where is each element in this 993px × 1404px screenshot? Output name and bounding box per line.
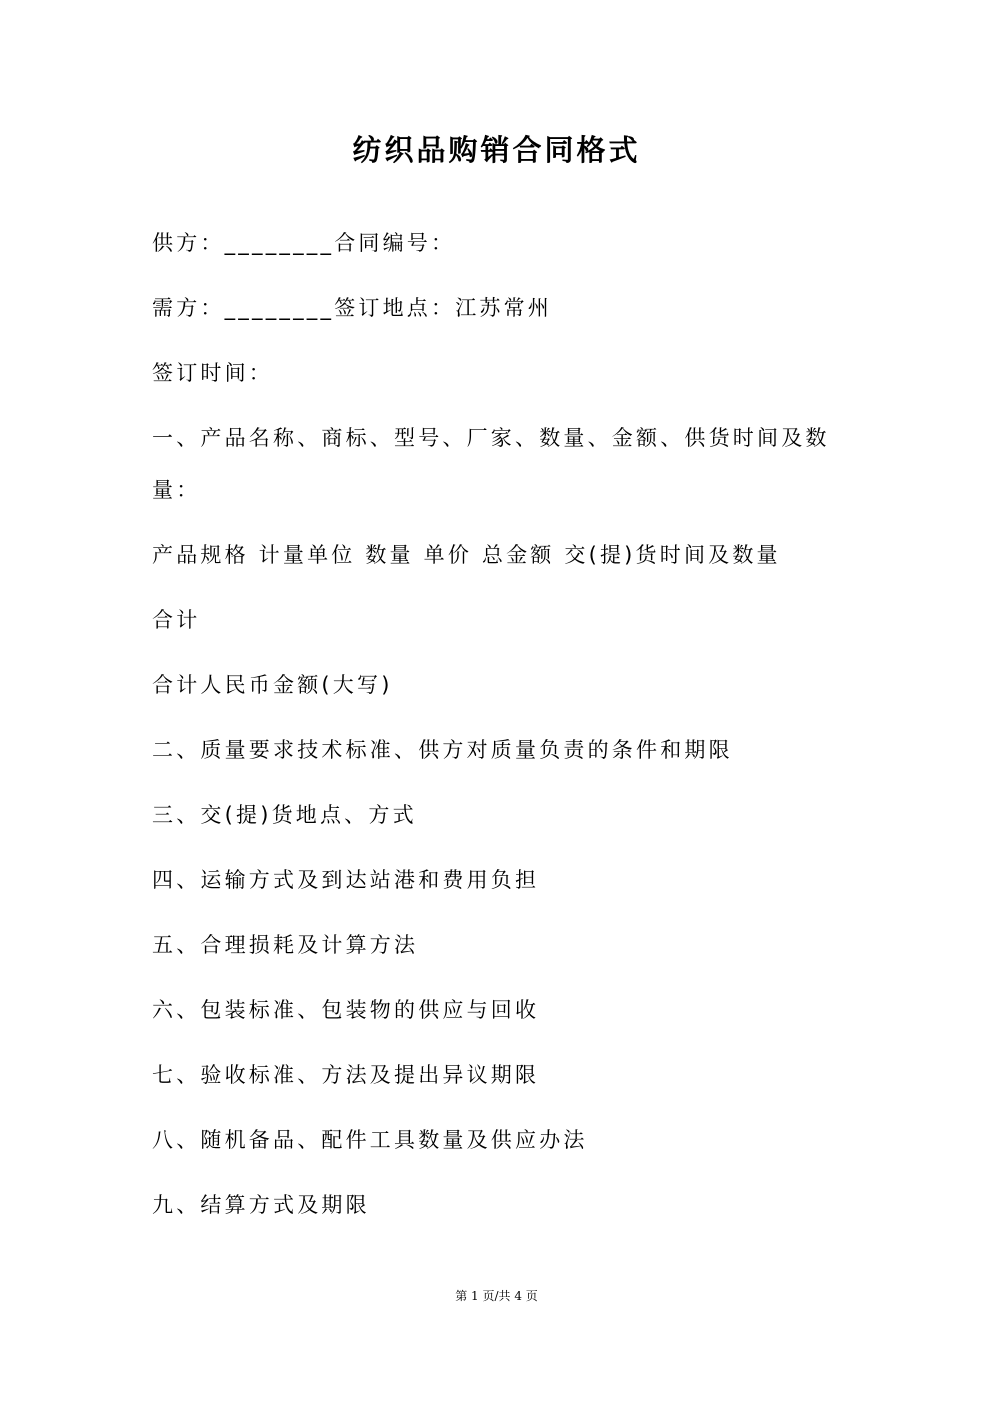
supplier-line: 供方：________合同编号：: [152, 228, 455, 258]
section-1-heading-continued: 量：: [152, 475, 200, 505]
section-5-heading: 五、合理损耗及计算方法: [152, 930, 418, 960]
section-7-heading: 七、验收标准、方法及提出异议期限: [152, 1060, 539, 1090]
signing-time-line: 签订时间：: [152, 358, 273, 388]
document-page: 纺织品购销合同格式 供方：________合同编号： 需方：________签订…: [0, 0, 993, 1404]
product-table-header: 产品规格 计量单位 数量 单价 总金额 交(提)货时间及数量: [152, 540, 781, 570]
section-8-heading: 八、随机备品、配件工具数量及供应办法: [152, 1125, 588, 1155]
section-2-heading: 二、质量要求技术标准、供方对质量负责的条件和期限: [152, 735, 733, 765]
section-3-heading: 三、交(提)货地点、方式: [152, 800, 417, 830]
total-line: 合计: [152, 605, 200, 635]
total-rmb-line: 合计人民币金额(大写): [152, 670, 393, 700]
document-title: 纺织品购销合同格式: [0, 130, 993, 170]
page-indicator: 第 1 页/共 4 页: [0, 1287, 993, 1305]
section-4-heading: 四、运输方式及到达站港和费用负担: [152, 865, 539, 895]
section-1-heading: 一、产品名称、商标、型号、厂家、数量、金额、供货时间及数: [152, 423, 830, 453]
section-6-heading: 六、包装标准、包装物的供应与回收: [152, 995, 539, 1025]
buyer-line: 需方：________签订地点：江苏常州: [152, 293, 552, 323]
section-9-heading: 九、结算方式及期限: [152, 1190, 370, 1220]
